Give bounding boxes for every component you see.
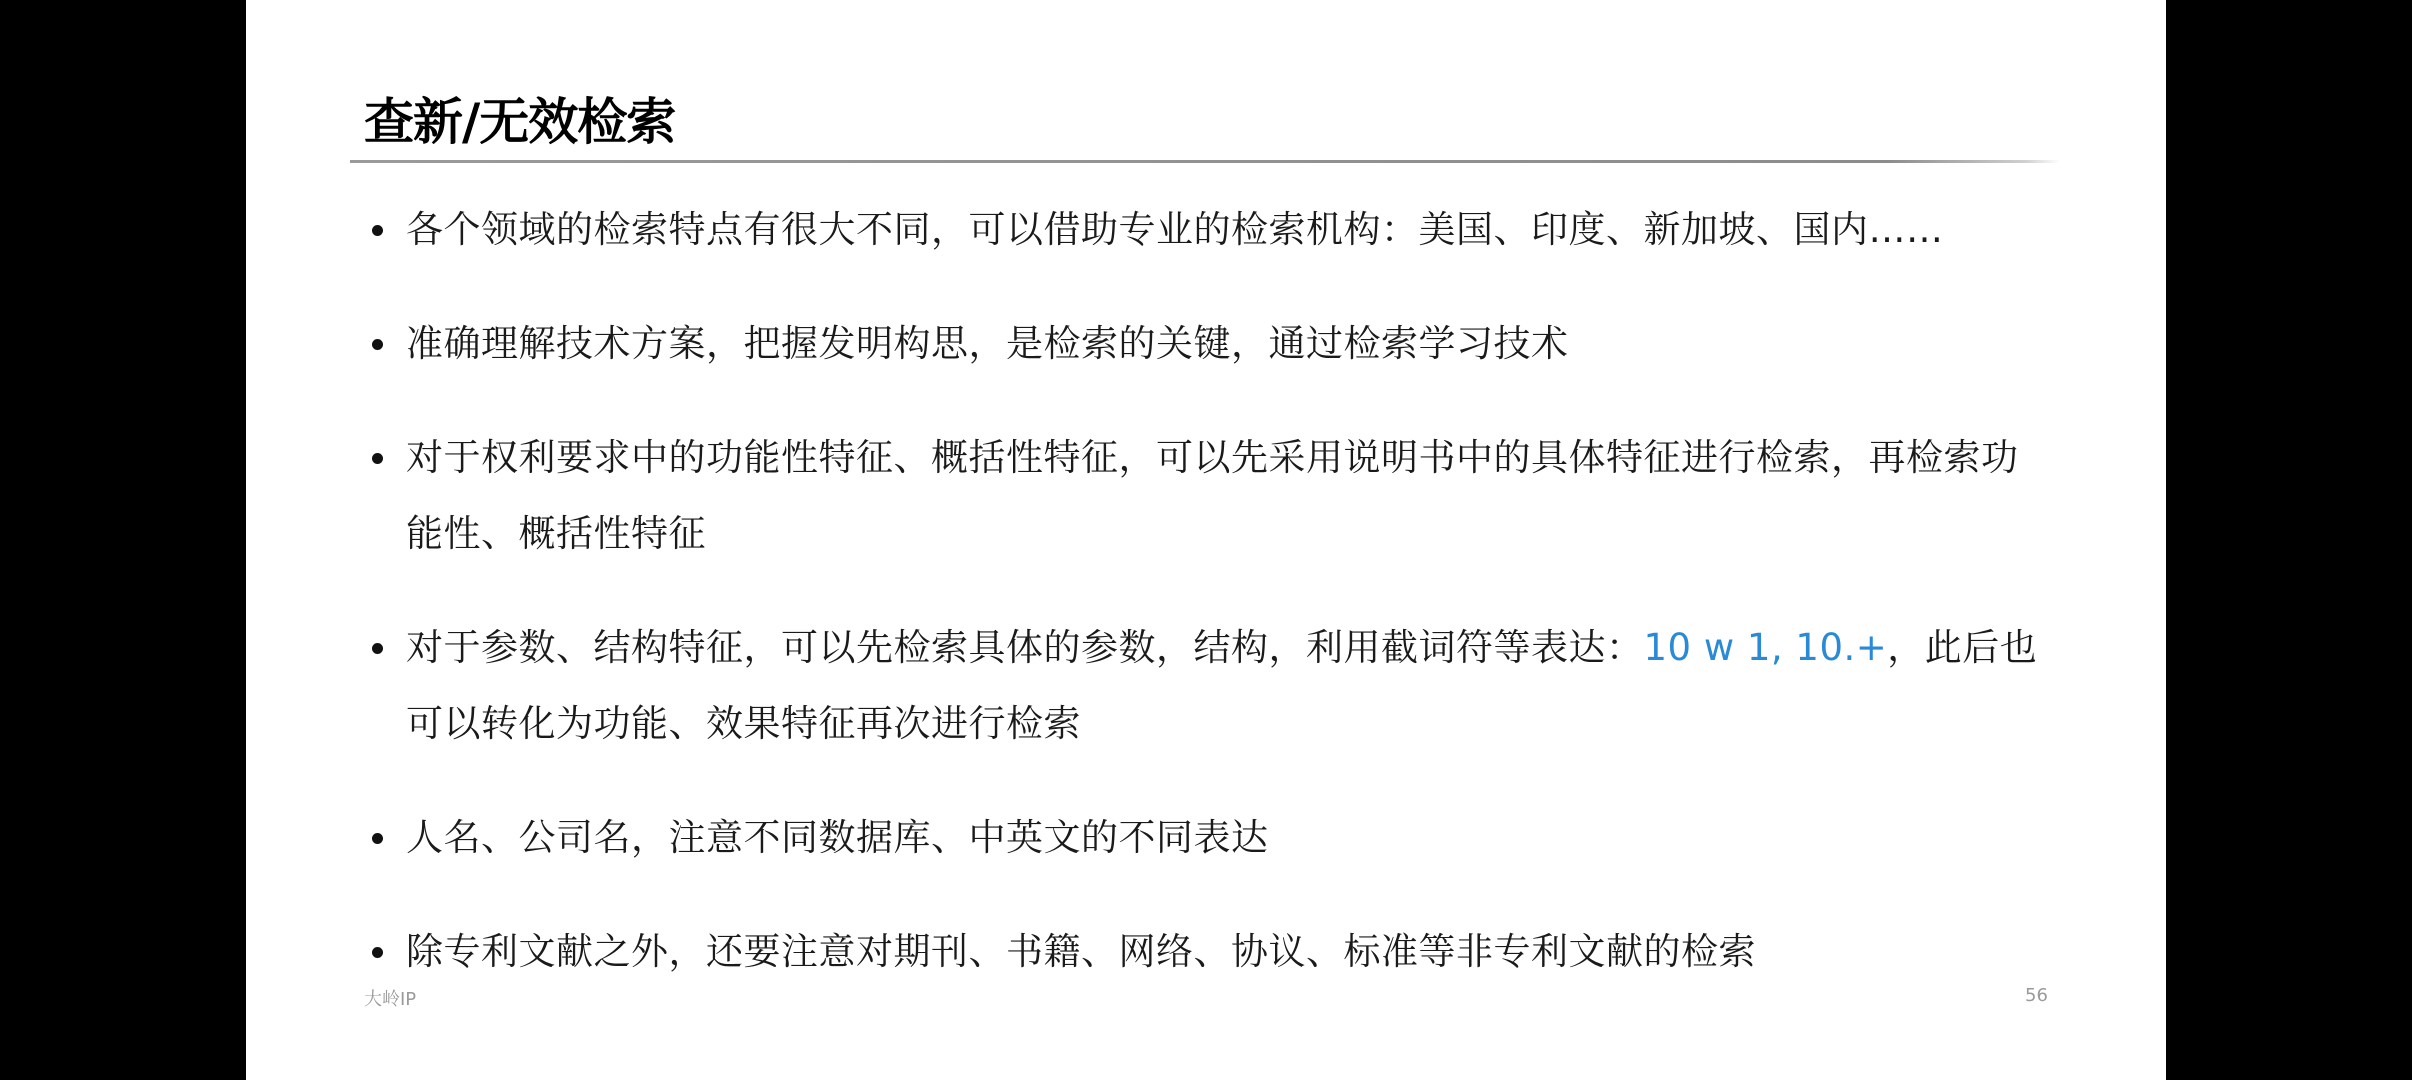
bullet-text-before: 对于参数、结构特征，可以先检索具体的参数，结构，利用截词符等表达： <box>406 626 1644 669</box>
footer-brand: 大岭IP <box>364 985 416 1011</box>
bullet-item: 对于权利要求中的功能性特征、概括性特征，可以先采用说明书中的具体特征进行检索，再… <box>366 420 2046 572</box>
bullet-item: 准确理解技术方案，把握发明构思，是检索的关键，通过检索学习技术 <box>366 306 2046 382</box>
bullet-dot-icon <box>372 643 383 654</box>
bullet-dot-icon <box>372 225 383 236</box>
slide: 查新/无效检索 各个领域的检索特点有很大不同，可以借助专业的检索机构：美国、印度… <box>246 0 2166 1080</box>
bullet-text: 人名、公司名，注意不同数据库、中英文的不同表达 <box>406 816 1269 859</box>
bullet-item: 对于参数、结构特征，可以先检索具体的参数，结构，利用截词符等表达：10 w 1,… <box>366 610 2046 762</box>
bullet-dot-icon <box>372 339 383 350</box>
bullet-text: 各个领域的检索特点有很大不同，可以借助专业的检索机构：美国、印度、新加坡、国内…… <box>406 208 1944 251</box>
bullet-dot-icon <box>372 833 383 844</box>
slide-title: 查新/无效检索 <box>364 92 675 152</box>
bullet-list: 各个领域的检索特点有很大不同，可以借助专业的检索机构：美国、印度、新加坡、国内…… <box>366 192 2046 1028</box>
bullet-item: 人名、公司名，注意不同数据库、中英文的不同表达 <box>366 800 2046 876</box>
bullet-item: 各个领域的检索特点有很大不同，可以借助专业的检索机构：美国、印度、新加坡、国内…… <box>366 192 2046 268</box>
bullet-item: 除专利文献之外，还要注意对期刊、书籍、网络、协议、标准等非专利文献的检索 <box>366 914 2046 990</box>
bullet-dot-icon <box>372 947 383 958</box>
page-number: 56 <box>2025 985 2048 1006</box>
bullet-text: 对于权利要求中的功能性特征、概括性特征，可以先采用说明书中的具体特征进行检索，再… <box>406 436 2019 555</box>
bullet-dot-icon <box>372 453 383 464</box>
presentation-viewer: 查新/无效检索 各个领域的检索特点有很大不同，可以借助专业的检索机构：美国、印度… <box>0 0 2412 1080</box>
bullet-text: 准确理解技术方案，把握发明构思，是检索的关键，通过检索学习技术 <box>406 322 1569 365</box>
truncation-example-highlight: 10 w 1, 10.+ <box>1644 626 1888 669</box>
bullet-text: 除专利文献之外，还要注意对期刊、书籍、网络、协议、标准等非专利文献的检索 <box>406 930 1756 973</box>
title-divider <box>350 160 2060 163</box>
